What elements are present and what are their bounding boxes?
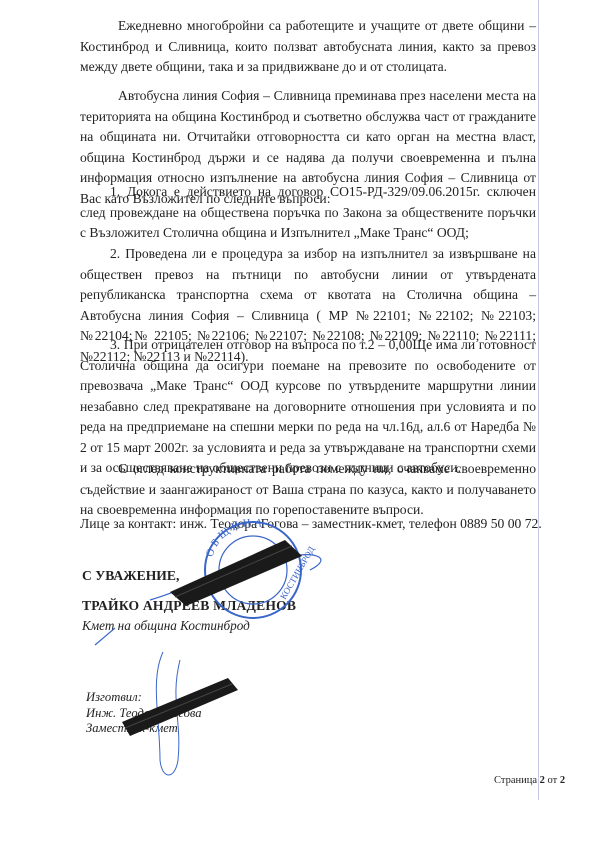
redaction-mark-icon — [122, 540, 302, 736]
page-number: Страница 2 от 2 — [494, 775, 565, 786]
stamp-and-signatures: ОБЩИНА КОСТИНБРОД — [0, 0, 600, 855]
svg-text:ОБЩИНА: ОБЩИНА — [204, 517, 267, 559]
document-page: Ежедневно многобройни са работещите и уч… — [0, 0, 600, 855]
